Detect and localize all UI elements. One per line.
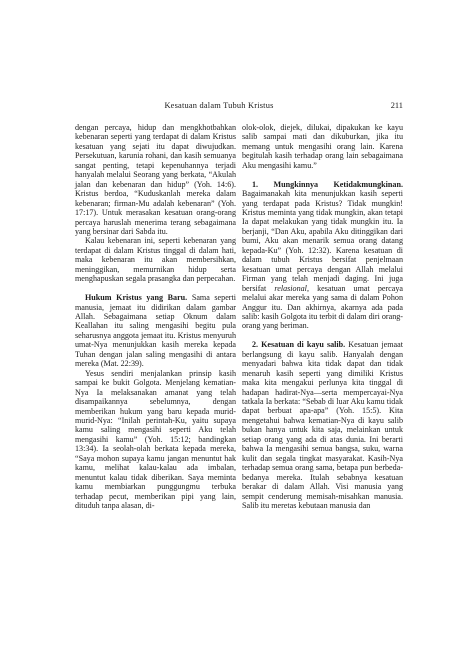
text-run: Yesus sendiri menjalankan prinsip kasih … [75, 369, 236, 510]
text-run: Kesatuan jemaat berlangsung di kayu sali… [242, 340, 403, 510]
paragraph: olok-olok, diejek, dilukai, dipakukan ke… [242, 123, 403, 170]
text-run: Sama seperti manusia, jemaat itu didirik… [75, 293, 236, 368]
book-page: Kesatuan dalam Tubuh Kristus 211 dengan … [0, 0, 460, 650]
text-run: olok-olok, diejek, dilukai, dipakukan ke… [242, 123, 403, 170]
right-column: olok-olok, diejek, dilukai, dipakukan ke… [242, 123, 403, 511]
paragraph: Yesus sendiri menjalankan prinsip kasih … [75, 369, 236, 511]
paragraph: dengan percaya, hidup dan mengkhotbahkan… [75, 123, 236, 236]
paragraph-lead: 2. Kesatuan di kayu salib. [252, 340, 348, 349]
paragraph: 1. Mungkinnya Ketidakmungkinan. Bagaiman… [242, 180, 403, 331]
paragraph-lead: 1. Mungkinnya Ketidakmungkinan. [252, 180, 403, 189]
running-head: Kesatuan dalam Tubuh Kristus 211 [75, 100, 403, 112]
text-columns: dengan percaya, hidup dan mengkhotbahkan… [75, 123, 403, 511]
text-run: Bagaimanakah kita menunjukkan kasih sepe… [242, 189, 403, 293]
paragraph: 2. Kesatuan di kayu salib. Kesatuan jema… [242, 340, 403, 510]
paragraph: Kalau kebenaran ini, seperti kebenaran y… [75, 236, 236, 283]
italic-run: relasional [274, 284, 307, 293]
text-run: Kalau kebenaran ini, seperti kebenaran y… [75, 236, 236, 283]
page-number: 211 [391, 100, 403, 112]
paragraph-lead: Hukum Kristus yang Baru. [85, 293, 192, 302]
paragraph: Hukum Kristus yang Baru. Sama seperti ma… [75, 293, 236, 369]
running-head-title: Kesatuan dalam Tubuh Kristus [75, 100, 363, 112]
text-run: dengan percaya, hidup dan mengkhotbahkan… [75, 123, 236, 236]
left-column: dengan percaya, hidup dan mengkhotbahkan… [75, 123, 236, 511]
